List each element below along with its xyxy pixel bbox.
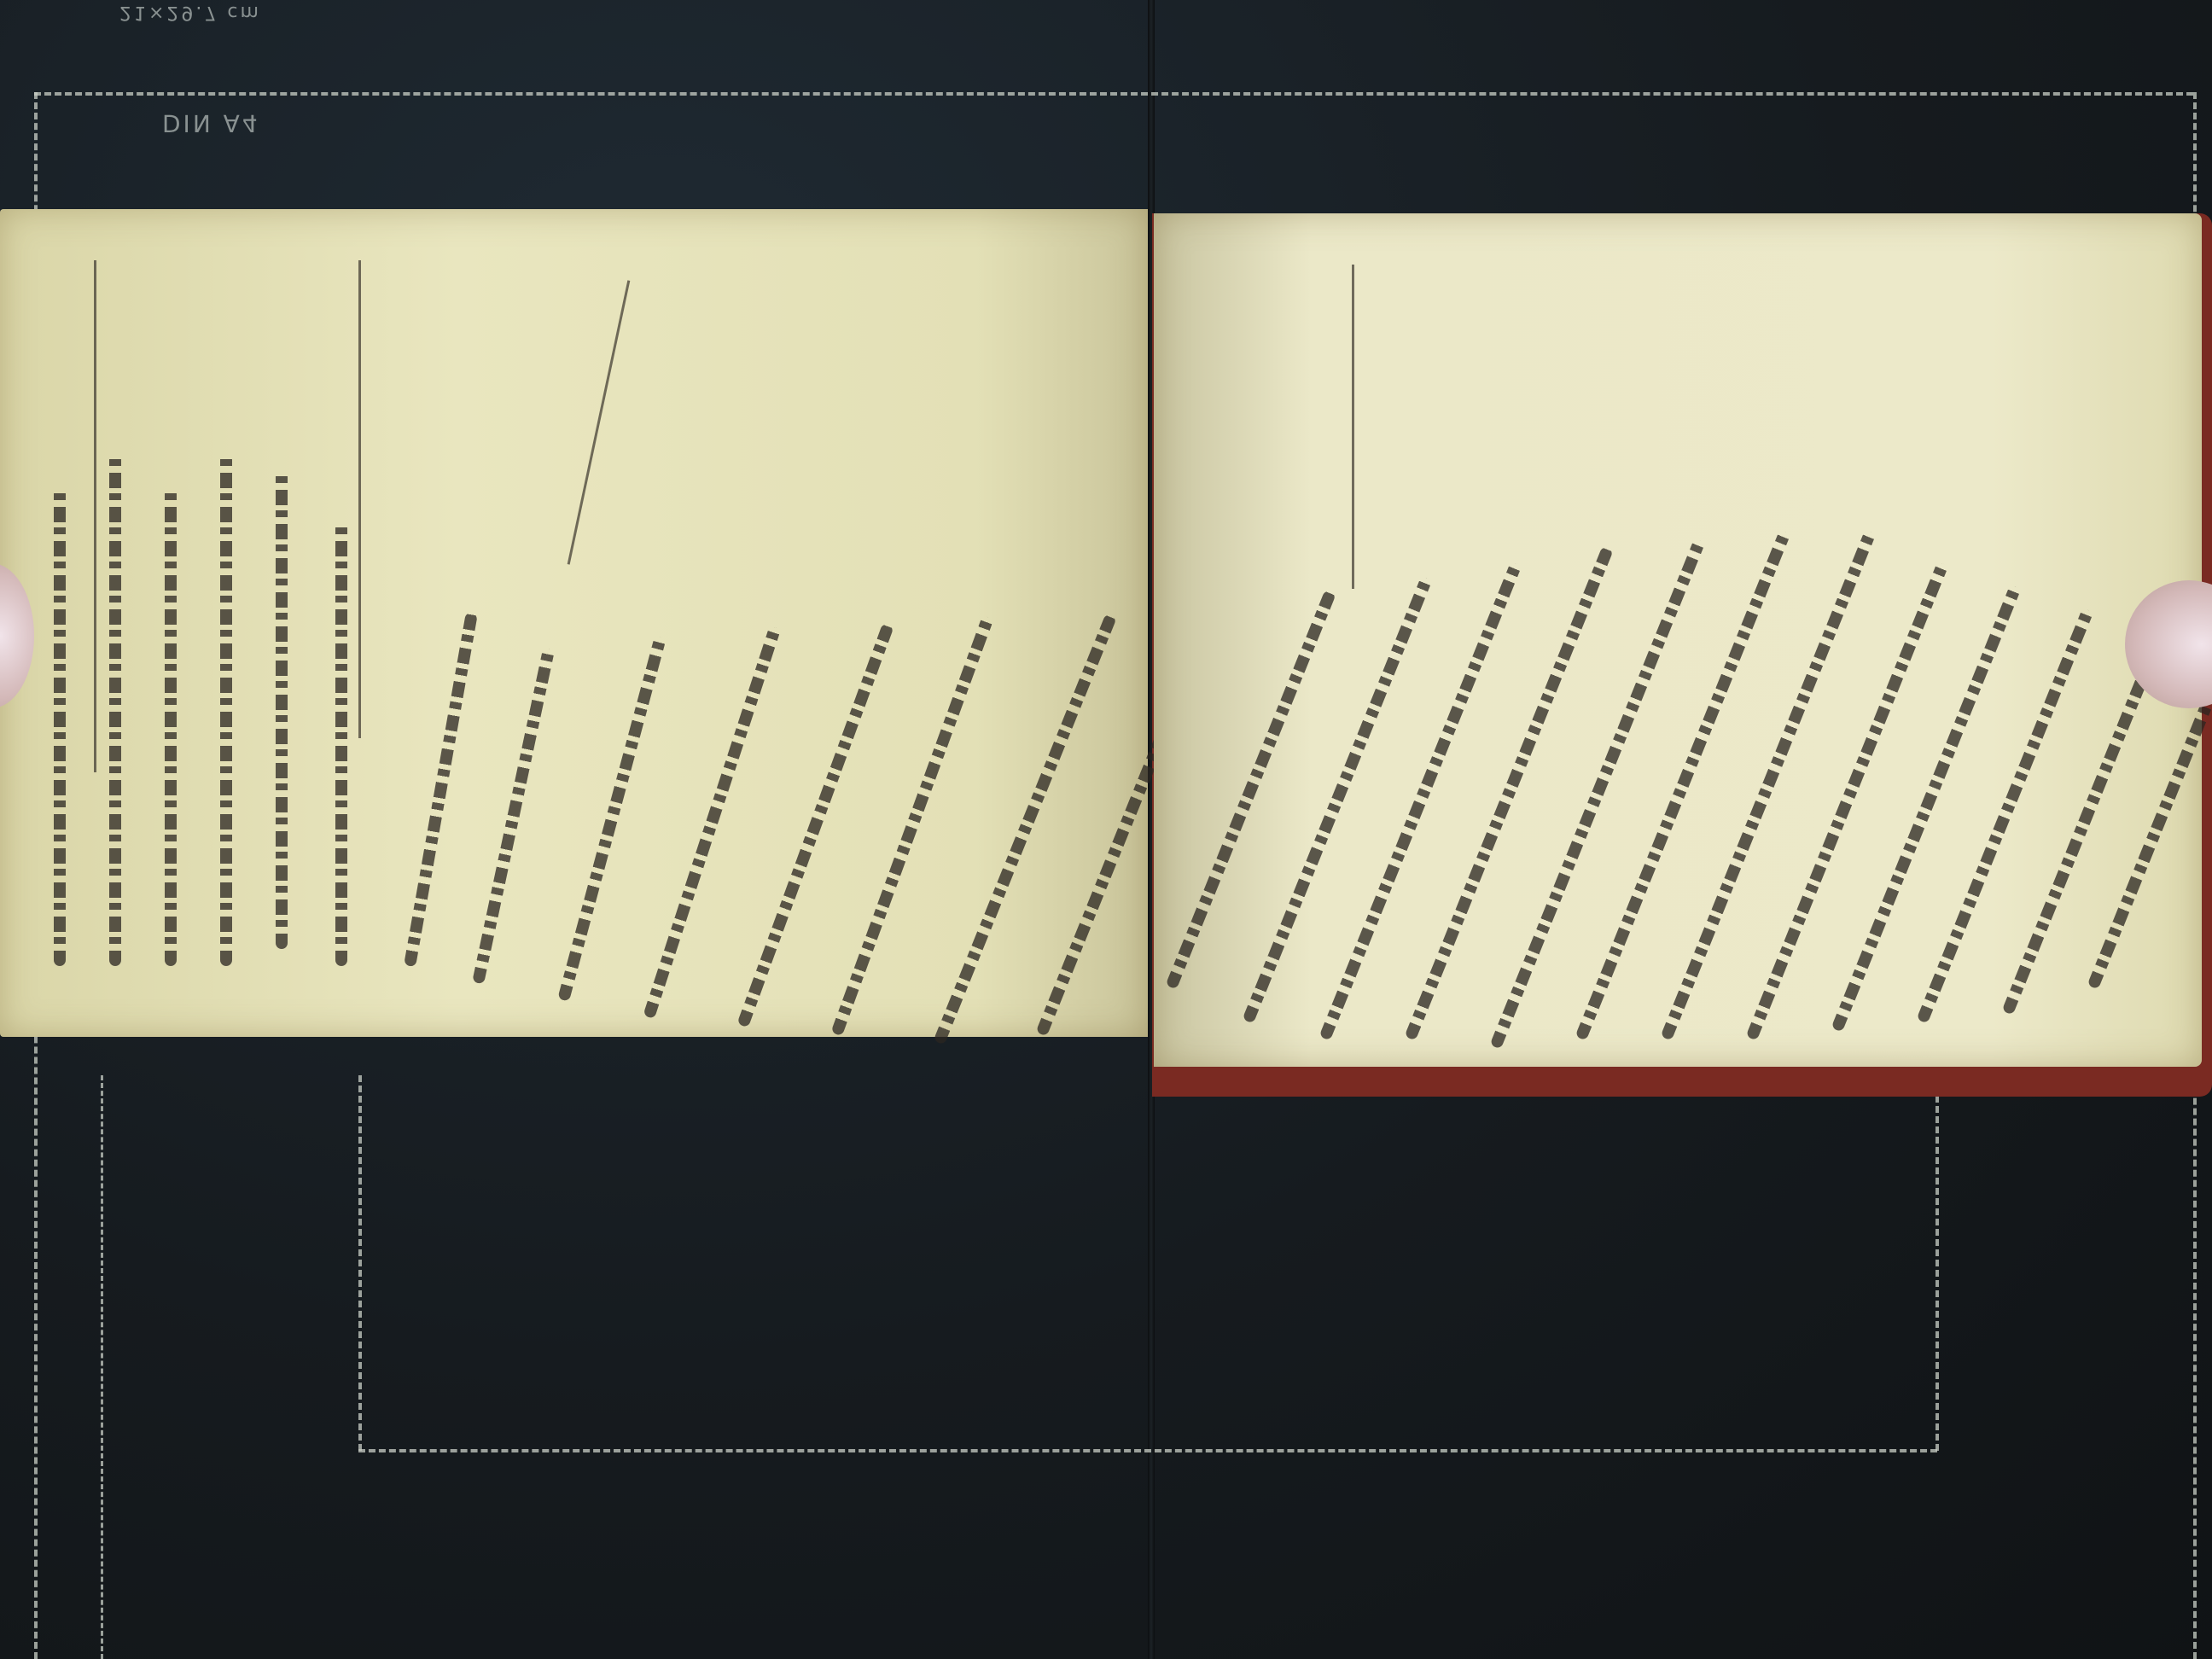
open-manuscript <box>0 209 2212 1097</box>
mat-dimension-label: 21×29.7 cm <box>119 2 261 23</box>
handwriting-line <box>557 636 666 1002</box>
handwriting-line <box>1746 562 1949 1041</box>
handwriting-line <box>1405 546 1614 1041</box>
handwriting-line <box>54 488 66 966</box>
handwriting-line <box>109 454 121 966</box>
mat-grid-line-top <box>34 92 2193 96</box>
handwriting-line <box>472 648 555 984</box>
marginal-box-line <box>568 280 631 564</box>
handwriting-line <box>1319 562 1522 1041</box>
handwriting-line <box>1166 590 1336 990</box>
mat-grid-line-inner-left <box>358 1075 362 1451</box>
handwriting-line <box>2087 669 2212 990</box>
marginal-box-line <box>94 260 96 772</box>
marginal-box-line <box>358 260 361 738</box>
left-page <box>0 209 1148 1037</box>
mat-grid-line-inner-right <box>1935 1075 1939 1451</box>
handwriting-line <box>276 471 288 949</box>
handwriting-line <box>2002 647 2160 1016</box>
handwriting-line <box>220 454 232 966</box>
handwriting-line <box>1661 530 1877 1041</box>
mat-grid-line-inner-bottom <box>358 1449 1937 1452</box>
ruled-margin-line <box>1352 265 1354 589</box>
mat-grid-line-far-left <box>101 1075 103 1659</box>
handwriting-line <box>1831 585 2022 1032</box>
handwriting-line <box>165 488 177 966</box>
handwriting-line <box>1917 608 2094 1023</box>
mat-size-label: DIN A4 <box>162 109 260 137</box>
right-page <box>1154 213 2202 1067</box>
handwriting-line <box>335 522 347 966</box>
handwriting-line <box>404 612 478 967</box>
handwriting-line <box>1243 576 1433 1023</box>
